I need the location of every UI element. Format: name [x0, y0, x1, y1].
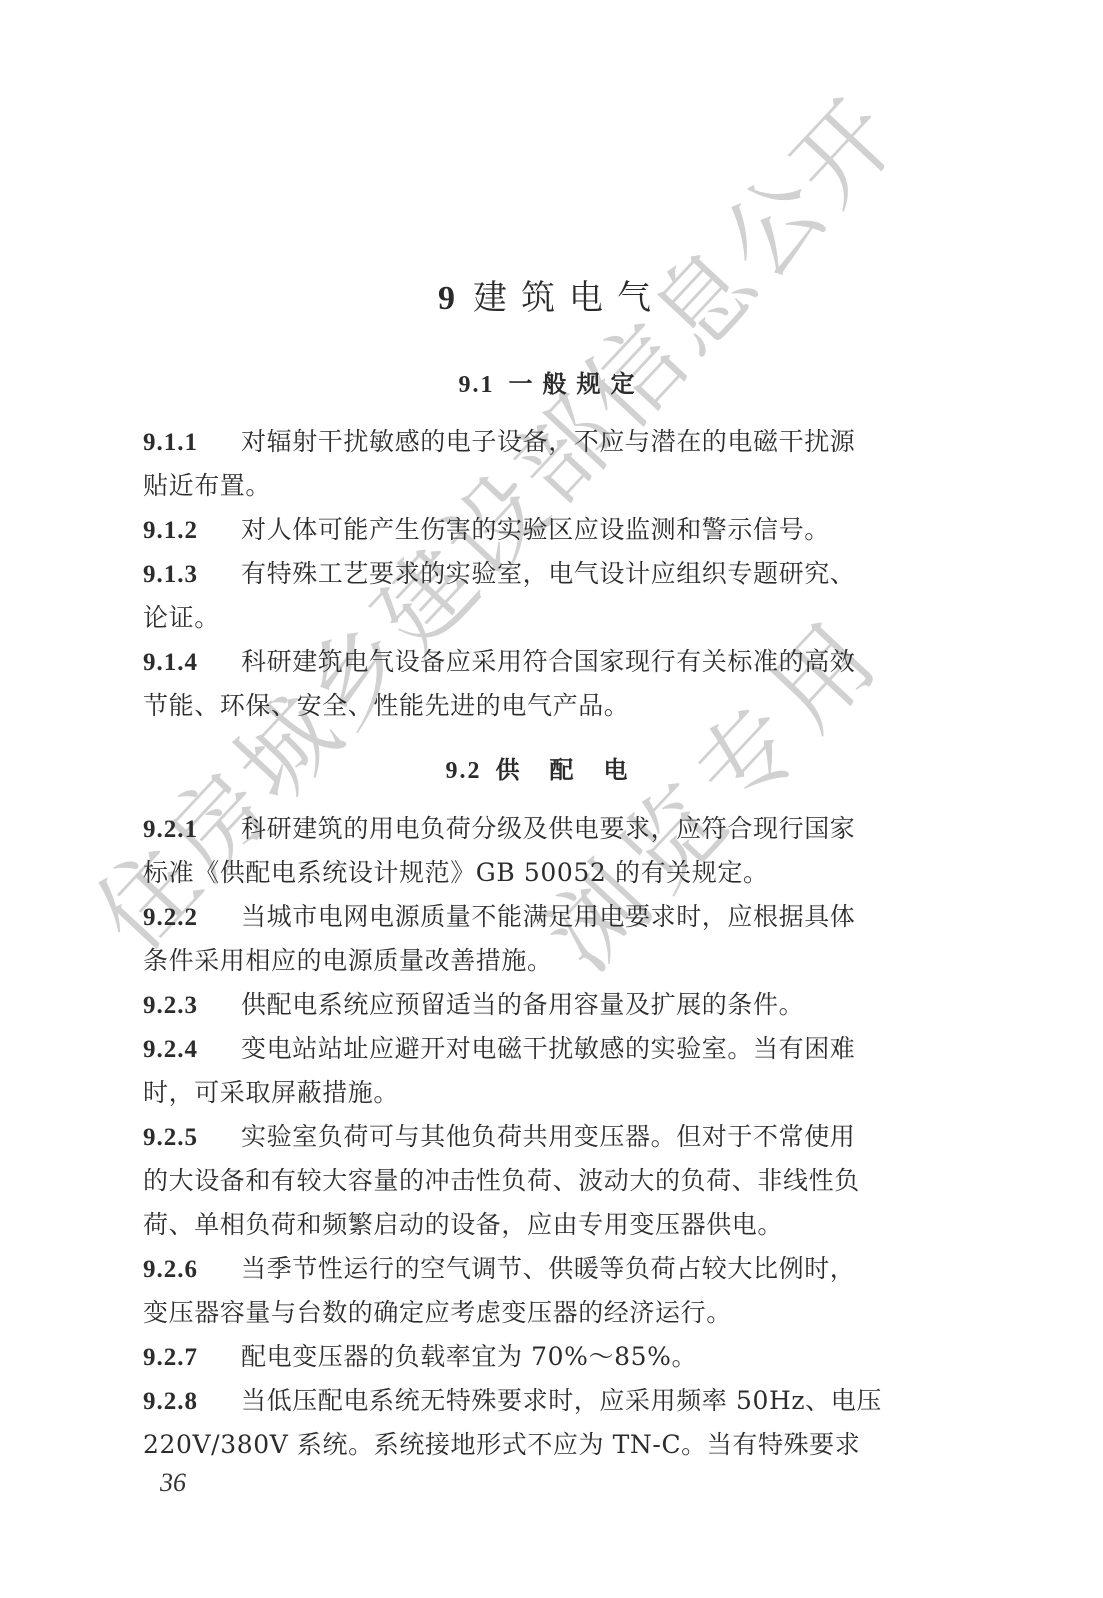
clause-line: 变压器容量与台数的确定应考虑变压器的经济运行。 — [143, 1292, 943, 1334]
chapter-title: 9建筑电气 — [0, 270, 1103, 319]
chapter-title-text: 建筑电气 — [473, 278, 665, 318]
section-title-text: 一般规定 — [509, 369, 645, 398]
clause-line: 9.1.3有特殊工艺要求的实验室，电气设计应组织专题研究、 — [143, 553, 943, 595]
clause-text: 时，可采取屏蔽措施。 — [143, 1078, 399, 1107]
clause-line: 9.1.1对辐射干扰敏感的电子设备，不应与潜在的电磁干扰源 — [143, 421, 943, 463]
clause-line: 9.1.4科研建筑电气设备应采用符合国家现行有关标准的高效 — [143, 641, 943, 683]
clause-line: 9.2.2当城市电网电源质量不能满足用电要求时，应根据具体 — [143, 896, 943, 938]
clause-line: 9.2.1科研建筑的用电负荷分级及供电要求，应符合现行国家 — [143, 808, 943, 850]
clause-number: 9.2.1 — [143, 809, 241, 851]
chapter-number: 9 — [438, 280, 455, 317]
clause-number: 9.2.6 — [143, 1249, 241, 1291]
clause-text: 贴近布置。 — [143, 471, 271, 500]
clause-number: 9.1.1 — [143, 422, 241, 464]
clause-line: 标准《供配电系统设计规范》GB 50052 的有关规定。 — [143, 852, 943, 894]
clause-line: 节能、环保、安全、性能先进的电气产品。 — [143, 685, 943, 727]
clause-line: 贴近布置。 — [143, 465, 943, 507]
clause-line: 论证。 — [143, 597, 943, 639]
clause-text: 科研建筑电气设备应采用符合国家现行有关标准的高效 — [241, 647, 855, 676]
clause-text: 配电变压器的负载率宜为 70%～85%。 — [241, 1342, 697, 1371]
clause-text: 的大设备和有较大容量的冲击性负荷、波动大的负荷、非线性负 — [143, 1166, 860, 1195]
section-title-text: 供配电 — [496, 755, 658, 784]
section-title-9-1: 9.1一般规定 — [0, 364, 1103, 399]
clause-line: 9.2.5实验室负荷可与其他负荷共用变压器。但对于不常使用 — [143, 1116, 943, 1158]
clause-text: 供配电系统应预留适当的备用容量及扩展的条件。 — [241, 990, 804, 1019]
clause-text: 科研建筑的用电负荷分级及供电要求，应符合现行国家 — [241, 814, 855, 843]
clause-text: 荷、单相负荷和频繁启动的设备，应由专用变压器供电。 — [143, 1210, 783, 1239]
clause-text: 220V/380V 系统。系统接地形式不应为 TN-C。当有特殊要求 — [143, 1430, 860, 1459]
clause-line: 9.2.8当低压配电系统无特殊要求时，应采用频率 50Hz、电压 — [143, 1380, 943, 1422]
clause-text: 当低压配电系统无特殊要求时，应采用频率 50Hz、电压 — [241, 1386, 882, 1415]
clause-text: 条件采用相应的电源质量改善措施。 — [143, 946, 553, 975]
clause-number: 9.1.4 — [143, 642, 241, 684]
section-number: 9.2 — [446, 758, 482, 784]
document-page: 住房城乡建设部信息公开 浏览专用 9建筑电气 9.1一般规定 9.1.1对辐射干… — [0, 0, 1103, 1598]
clause-line: 9.2.3供配电系统应预留适当的备用容量及扩展的条件。 — [143, 984, 943, 1026]
clause-text: 有特殊工艺要求的实验室，电气设计应组织专题研究、 — [241, 559, 855, 588]
clause-line: 9.2.6当季节性运行的空气调节、供暖等负荷占较大比例时， — [143, 1248, 943, 1290]
clause-line: 的大设备和有较大容量的冲击性负荷、波动大的负荷、非线性负 — [143, 1160, 943, 1202]
clause-text: 标准《供配电系统设计规范》GB 50052 的有关规定。 — [143, 858, 769, 887]
clause-number: 9.1.3 — [143, 554, 241, 596]
clause-text: 对人体可能产生伤害的实验区应设监测和警示信号。 — [241, 515, 830, 544]
clause-number: 9.2.7 — [143, 1337, 241, 1379]
clause-text: 当季节性运行的空气调节、供暖等负荷占较大比例时， — [241, 1254, 855, 1283]
clause-number: 9.2.4 — [143, 1029, 241, 1071]
clause-text: 论证。 — [143, 603, 220, 632]
clause-line: 220V/380V 系统。系统接地形式不应为 TN-C。当有特殊要求 — [143, 1424, 943, 1466]
clause-line: 条件采用相应的电源质量改善措施。 — [143, 940, 943, 982]
clause-text: 节能、环保、安全、性能先进的电气产品。 — [143, 691, 629, 720]
clause-number: 9.2.5 — [143, 1117, 241, 1159]
clause-line: 9.1.2对人体可能产生伤害的实验区应设监测和警示信号。 — [143, 509, 943, 551]
clause-text: 当城市电网电源质量不能满足用电要求时，应根据具体 — [241, 902, 855, 931]
clause-text: 对辐射干扰敏感的电子设备，不应与潜在的电磁干扰源 — [241, 427, 855, 456]
clause-line: 荷、单相负荷和频繁启动的设备，应由专用变压器供电。 — [143, 1204, 943, 1246]
clause-text: 变压器容量与台数的确定应考虑变压器的经济运行。 — [143, 1298, 732, 1327]
clause-number: 9.2.2 — [143, 897, 241, 939]
clause-text: 实验室负荷可与其他负荷共用变压器。但对于不常使用 — [241, 1122, 855, 1151]
clause-number: 9.1.2 — [143, 510, 241, 552]
clause-number: 9.2.8 — [143, 1381, 241, 1423]
clause-line: 时，可采取屏蔽措施。 — [143, 1072, 943, 1114]
page-number: 36 — [160, 1468, 186, 1498]
clause-line: 9.2.7配电变压器的负载率宜为 70%～85%。 — [143, 1336, 943, 1378]
clause-line: 9.2.4变电站站址应避开对电磁干扰敏感的实验室。当有困难 — [143, 1028, 943, 1070]
section-number: 9.1 — [459, 372, 495, 398]
clause-text: 变电站站址应避开对电磁干扰敏感的实验室。当有困难 — [241, 1034, 855, 1063]
clause-number: 9.2.3 — [143, 985, 241, 1027]
section-title-9-2: 9.2供配电 — [0, 750, 1103, 785]
